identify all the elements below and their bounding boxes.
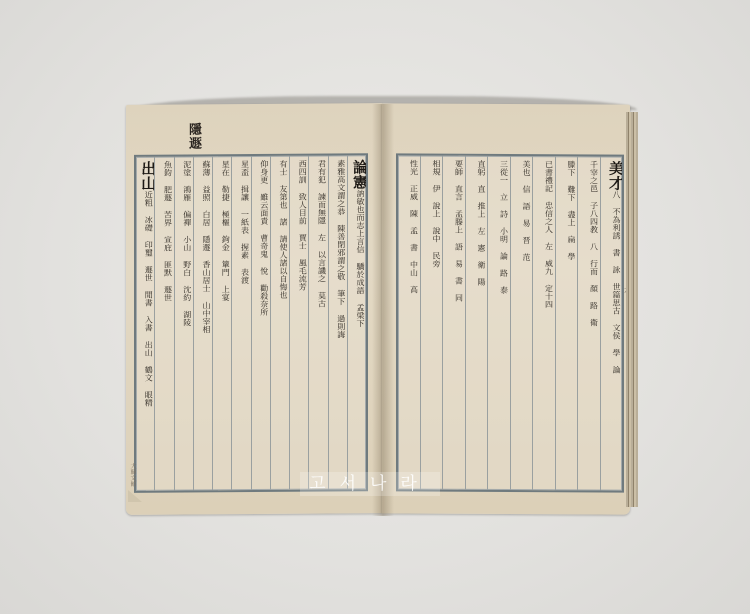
- column-text: 八 不為利誘 書 詠 世篇思古 文侯 學 論: [612, 191, 621, 374]
- text-column: 已書禮記 忠信之人 左 威九 定十四: [532, 156, 555, 490]
- column-text: 近粗 冰礎 印璽 遯世 閒書 入書 出山 鶴文 眼精: [144, 191, 153, 407]
- text-column: 論憲訥敏也而志上言信 驕於成語 孟梁下: [347, 155, 366, 489]
- text-column: 千宰之邑 子八四教 八 行而 顏 路 衛: [577, 156, 600, 490]
- text-column: 君有犯 諫而無隱 左 以言譏之 莫古: [308, 155, 327, 489]
- headword: 美才: [607, 161, 622, 191]
- text-column: 要師 直言 孟滕上 語 易 書 同: [442, 156, 465, 490]
- text-column: 性光 正威 陳 孟 書 中山 高: [398, 155, 420, 489]
- column-text: 訥敏也而志上言信 驕於成語 孟梁下: [356, 189, 365, 327]
- column-text: 泥塗 鴻雁 偏禪 小山 野白 沈約 湖陵: [183, 160, 192, 326]
- column-text: 仰身更 雖云面責 曹奇鬼 悅 勸殺奈所: [260, 160, 269, 316]
- text-column: 仰身更 雖云面責 曹奇鬼 悅 勸殺奈所: [251, 156, 270, 490]
- text-column: 魚鈞 肥遯 苦界 宣庇 匪默 遯世: [154, 157, 173, 491]
- column-text: 蘇薄 益照 白居 隱遯 香山居士 山中宰相: [202, 160, 211, 333]
- column-text: 直躬 直 推上 左 憲 衛 陽: [477, 160, 486, 286]
- column-text: 有士 友第也 諸 請使人諸以自悔也: [279, 160, 288, 299]
- column-text: 君有犯 諫而無隱 左 以言譏之 莫古: [318, 159, 327, 307]
- column-text: 三從一 立 詩 小明 論 路 泰: [500, 160, 509, 294]
- column-text: 要師 直言 孟滕上 語 易 書 同: [455, 160, 464, 302]
- text-column: 星盃 揖讓 一紙表 握素 表渡: [231, 156, 250, 490]
- text-column: 星在 勒捷 極樞 鉤金 簞門 上宴: [212, 156, 231, 490]
- watermark: 고서나라: [300, 472, 440, 496]
- column-text: 西四訓 致人目前 賈士 風毛流芳: [298, 160, 307, 291]
- column-text: 星在 勒捷 極樞 鉤金 簞門 上宴: [221, 160, 230, 301]
- left-page: 隱遯 論憲訥敏也而志上言信 驕於成語 孟梁下素雅高文謂之恭 陳善閉邪謂之敬 筆下…: [126, 103, 382, 515]
- text-column: 相規 伊 說上 說中 民旁: [420, 156, 443, 490]
- text-column: 美才八 不為利誘 書 詠 世篇思古 文侯 學 論: [600, 156, 623, 490]
- book-gutter: [372, 104, 394, 516]
- text-column: 西四訓 致人目前 賈士 風毛流芳: [289, 156, 308, 490]
- text-column: 泥塗 鴻雁 偏禪 小山 野白 沈約 湖陵: [174, 156, 193, 490]
- column-text: 滕下 難下 盡上 扁 學: [567, 160, 576, 260]
- column-text: 星盃 揖讓 一紙表 握素 表渡: [241, 160, 250, 284]
- text-column: 三從一 立 詩 小明 論 路 泰: [487, 156, 510, 490]
- text-column: 素雅高文謂之恭 陳善閉邪謂之敬 筆下 過則誨: [328, 155, 347, 489]
- column-text: 性光 正威 陳 孟 書 中山 高: [410, 159, 419, 293]
- column-text: 千宰之邑 子八四教 八 行而 顏 路 衛: [590, 160, 599, 326]
- right-text-frame: 美才八 不為利誘 書 詠 世篇思古 文侯 學 論千宰之邑 子八四教 八 行而 顏…: [396, 153, 624, 492]
- text-column: 有士 友第也 諸 請使人諸以自悔也: [270, 156, 289, 490]
- text-column: 滕下 難下 盡上 扁 學: [555, 156, 578, 490]
- column-text: 魚鈞 肥遯 苦界 宣庇 匪默 遯世: [164, 161, 173, 302]
- text-column: 出山近粗 冰礎 印璽 遯世 閒書 入書 出山 鶴文 眼精: [136, 157, 154, 491]
- text-column: 蘇薄 益照 白居 隱遯 香山居士 山中宰相: [193, 156, 212, 490]
- text-column: 美也 信 語 易 晋 范: [510, 156, 533, 490]
- right-page: 美才八 不為利誘 書 詠 世篇思古 文侯 學 論千宰之邑 子八四教 八 行而 顏…: [382, 103, 630, 514]
- column-text: 相規 伊 說上 說中 民旁: [432, 160, 441, 268]
- folded-corner: [128, 490, 142, 502]
- section-heading: 隱遯: [184, 122, 203, 150]
- column-text: 美也 信 語 易 晋 范: [522, 160, 531, 261]
- library-stamp: 大韓文館: [128, 463, 137, 487]
- column-text: 已書禮記 忠信之人 左 威九 定十四: [545, 160, 554, 308]
- column-text: 素雅高文謂之恭 陳善閉邪謂之敬 筆下 過則誨: [337, 159, 346, 338]
- page-edges: [626, 112, 638, 507]
- left-text-frame: 論憲訥敏也而志上言信 驕於成語 孟梁下素雅高文謂之恭 陳善閉邪謂之敬 筆下 過則…: [134, 153, 368, 493]
- headword: 出山: [139, 161, 154, 191]
- text-column: 直躬 直 推上 左 憲 衛 陽: [465, 156, 488, 490]
- headword: 論憲: [351, 159, 366, 189]
